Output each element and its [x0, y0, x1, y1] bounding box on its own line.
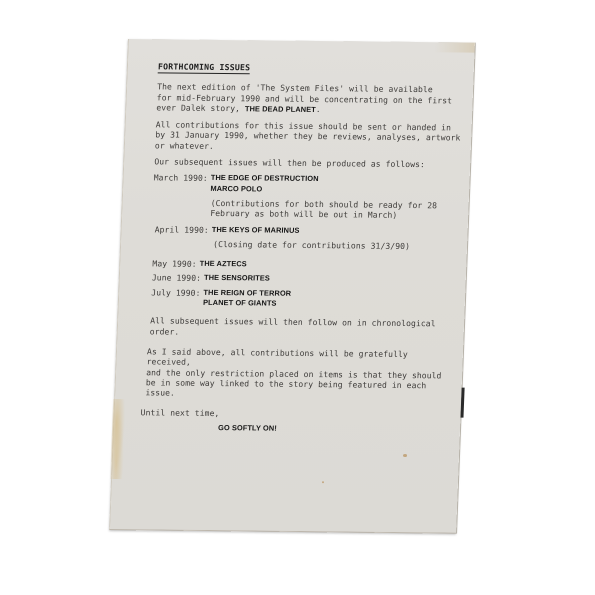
paper-stain — [435, 42, 475, 52]
section-heading: FORTHCOMING ISSUES — [158, 61, 251, 74]
signoff: GO SOFTLY ON! — [218, 423, 454, 436]
schedule-month: July 1990: — [151, 287, 204, 308]
story-title: THE SENSORITES — [204, 273, 270, 284]
schedule-titles: THE KEYS OF MARINUS — [212, 225, 300, 236]
closing-line: Until next time, — [140, 408, 454, 422]
schedule-month: May 1990: — [152, 258, 200, 269]
story-title: THE KEYS OF MARINUS — [212, 225, 300, 236]
restriction-paragraph: As I said above, all contributions will … — [145, 346, 457, 401]
schedule-intro: Our subsequent issues will then be produ… — [154, 156, 464, 170]
schedule-month: April 1990: — [155, 224, 213, 235]
issue-schedule: March 1990: THE EDGE OF DESTRUCTION MARC… — [149, 173, 464, 311]
printed-page: FORTHCOMING ISSUES The next edition of '… — [109, 39, 475, 534]
schedule-entry: March 1990: THE EDGE OF DESTRUCTION MARC… — [153, 173, 464, 197]
intro-paragraph: The next edition of 'The System Files' w… — [156, 82, 467, 117]
intro-text-end: . — [316, 104, 321, 114]
story-title: THE AZTECS — [199, 259, 247, 270]
schedule-note: (Contributions for both should be ready … — [210, 198, 463, 221]
schedule-note: (Closing date for contributions 31/3/90) — [213, 239, 461, 252]
photo-background: FORTHCOMING ISSUES The next edition of '… — [0, 0, 595, 595]
schedule-titles: THE REIGN OF TERROR PLANET OF GIANTS — [203, 288, 291, 310]
paper-speck — [403, 454, 407, 457]
story-title: PLANET OF GIANTS — [203, 298, 291, 309]
schedule-entry: May 1990: THE AZTECS — [150, 258, 460, 272]
schedule-entry: April 1990: THE KEYS OF MARINUS — [152, 224, 462, 238]
schedule-entry: June 1990: THE SENSORITES — [150, 273, 460, 287]
featured-story-title: THE DEAD PLANET — [245, 104, 316, 114]
schedule-titles: THE EDGE OF DESTRUCTION MARCO POLO — [210, 173, 319, 195]
schedule-titles: THE AZTECS — [199, 259, 247, 270]
contributions-deadline-paragraph: All contributions for this issue should … — [155, 120, 466, 154]
schedule-titles: THE SENSORITES — [204, 273, 270, 284]
document-body: FORTHCOMING ISSUES The next edition of '… — [144, 61, 468, 435]
follow-on-paragraph: All subsequent issues will then follow o… — [148, 316, 459, 340]
story-title: MARCO POLO — [210, 184, 318, 195]
schedule-month: March 1990: — [153, 173, 211, 194]
schedule-entry: July 1990: THE REIGN OF TERROR PLANET OF… — [149, 287, 460, 311]
schedule-month: June 1990: — [152, 273, 205, 284]
paper-speck — [322, 481, 324, 483]
